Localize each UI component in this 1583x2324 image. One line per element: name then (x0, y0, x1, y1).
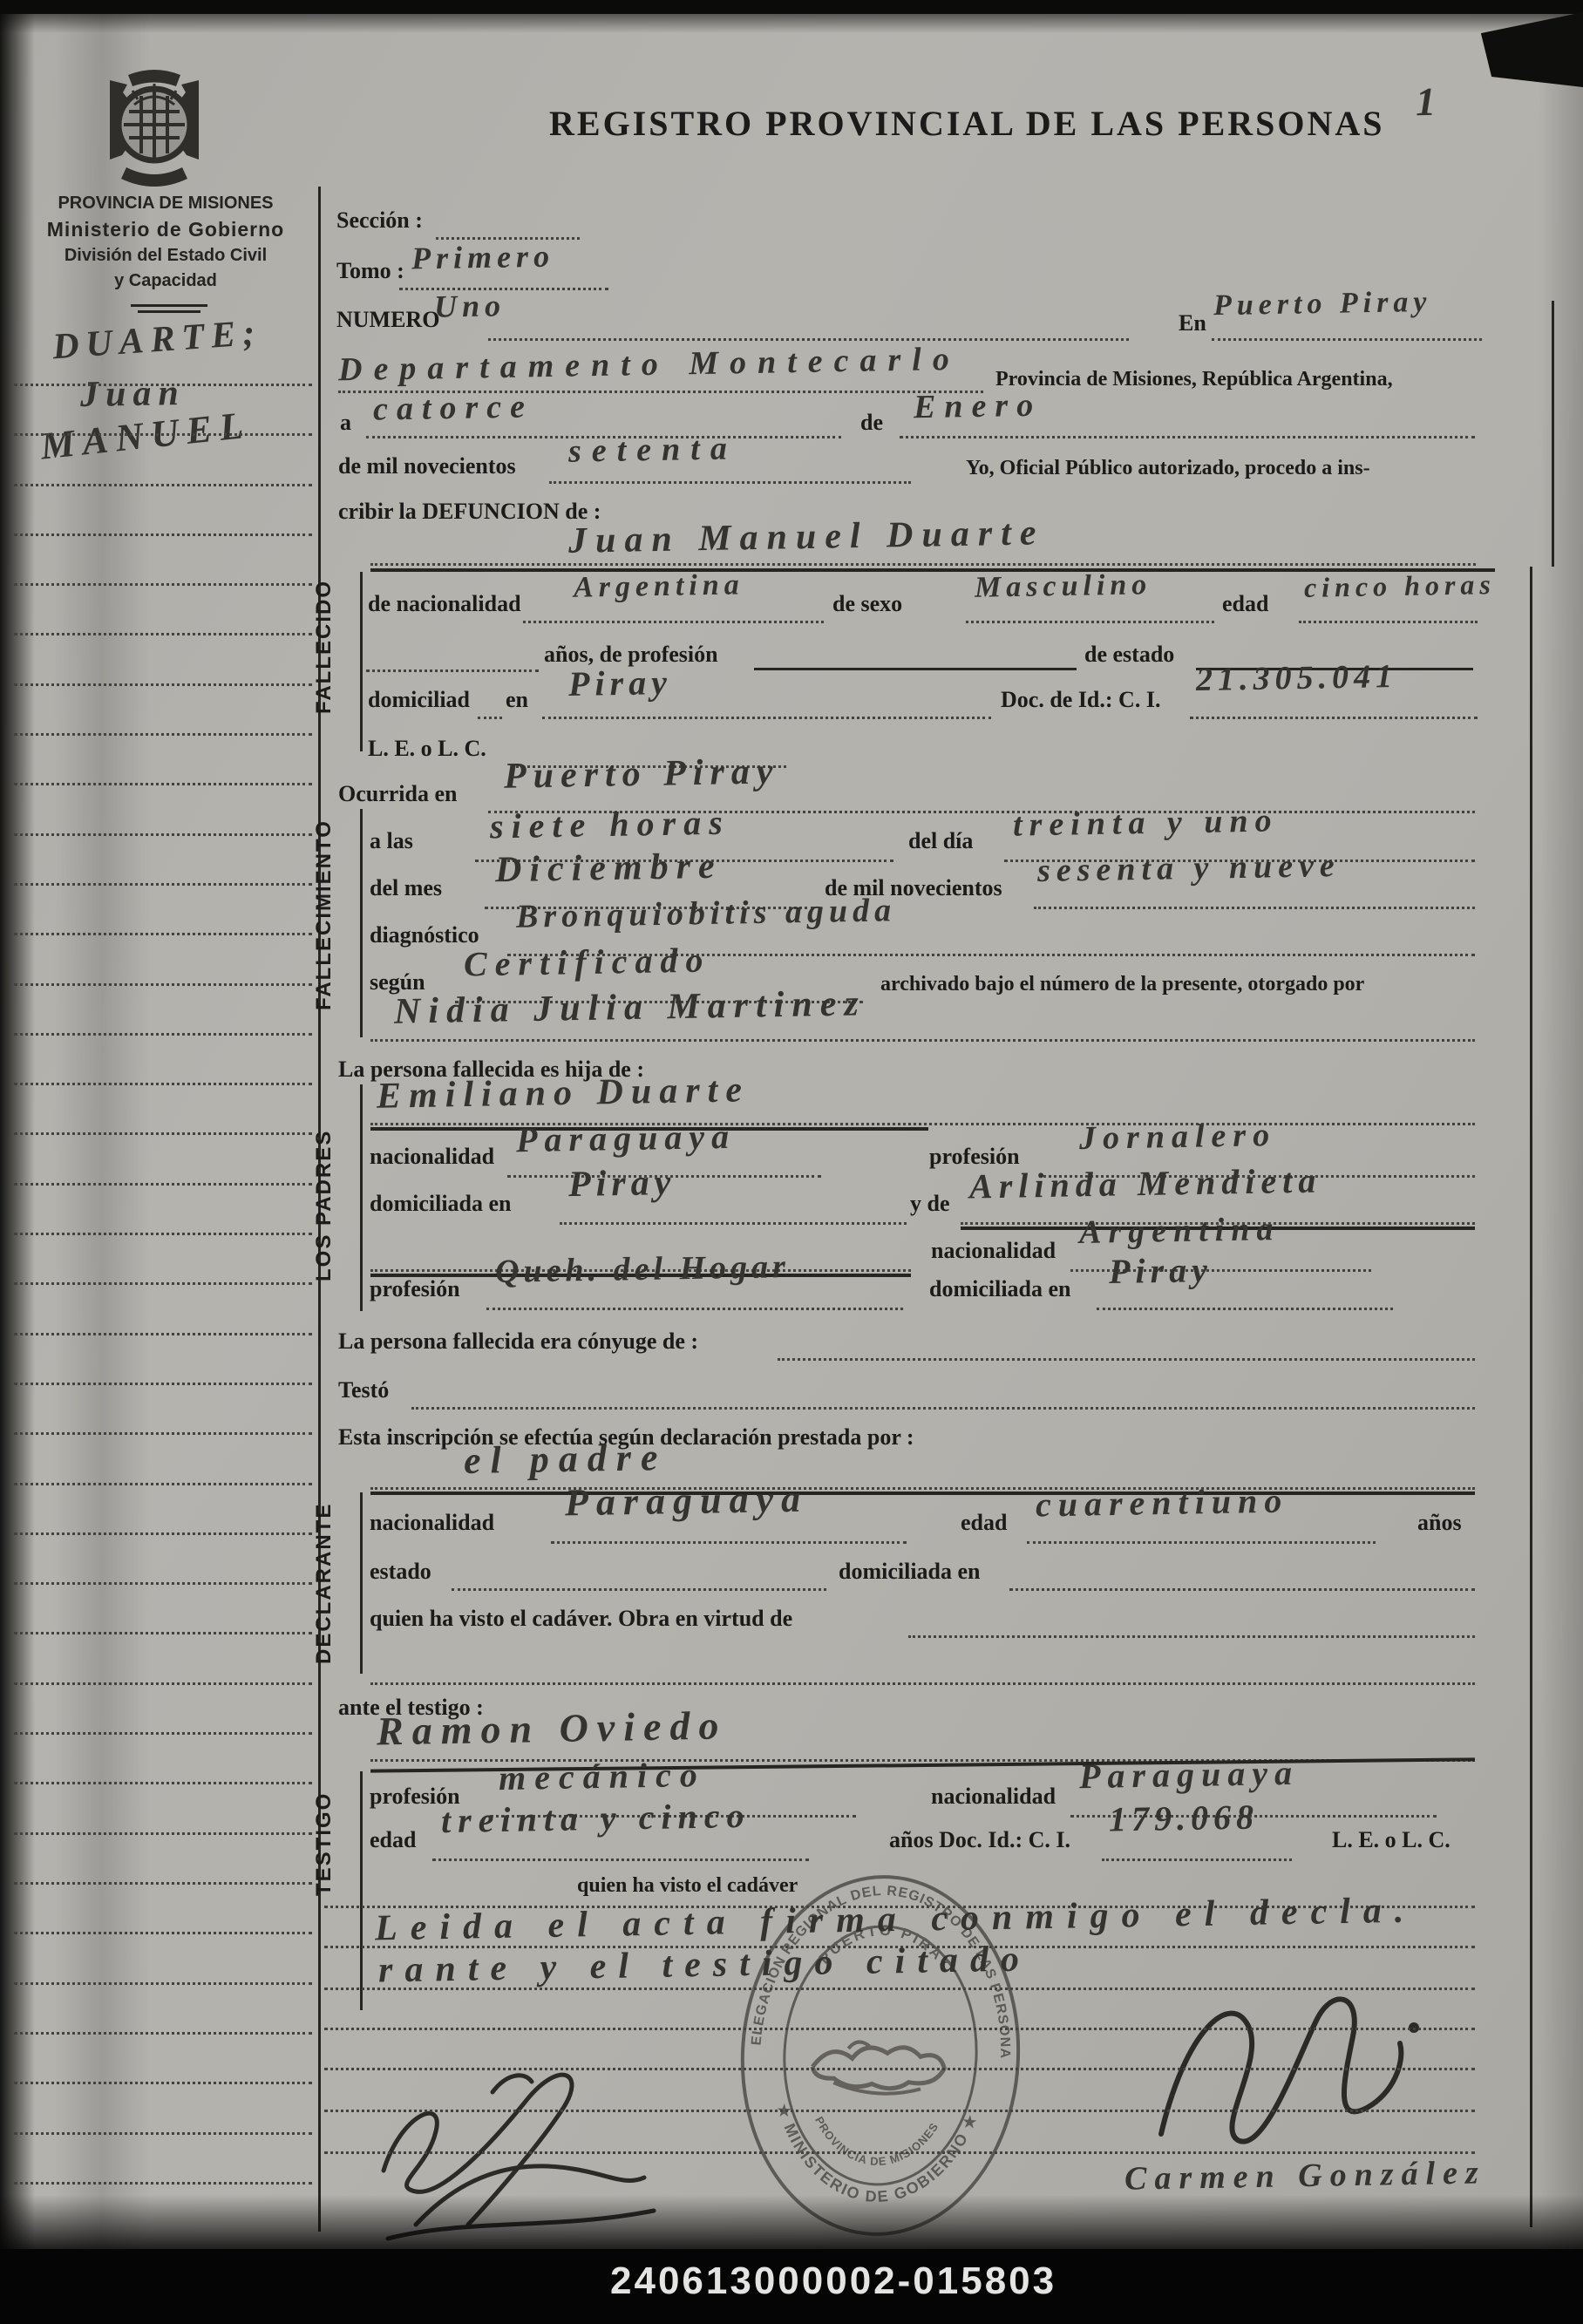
dia-fallecimiento-value: treinta y uno (1013, 801, 1279, 844)
declarante-nac-value: Paraguaya (565, 1477, 809, 1526)
archivado-line: archivado bajo el número de la presente,… (880, 973, 1364, 996)
blank-ruled-line (324, 2028, 1475, 2030)
margin-ruled-line (14, 2132, 312, 2135)
page-title: REGISTRO PROVINCIAL DE LAS PERSONAS (549, 103, 1385, 144)
margin-ruled-line (14, 1732, 312, 1735)
scan-bottom-shadow (0, 2195, 1583, 2249)
scanned-death-record-page: PROVINCIA DE MISIONES Ministerio de Gobi… (0, 0, 1583, 2324)
anio-value: setenta (568, 429, 738, 470)
fallecido-edad-label: edad (1222, 591, 1268, 617)
segun-value: Certificado (464, 940, 711, 985)
field-line (1009, 1588, 1475, 1591)
margin-ruled-line (14, 833, 312, 836)
section-label-testigo: TESTIGO (312, 1778, 336, 1909)
firma-nombre: Carmen González (1124, 2153, 1486, 2198)
field-line (1212, 338, 1482, 341)
margin-ruled-line (14, 583, 312, 586)
diagnostico-value: Bronquiobitis aguda (516, 891, 897, 936)
margin-ruled-line (14, 1932, 312, 1934)
sidebar-rule (138, 310, 200, 313)
declarante-estado-label: estado (370, 1559, 431, 1585)
testigo-nombre: Ramon Oviedo (377, 1702, 728, 1754)
declarante-edad-value: cuarentiuno (1036, 1479, 1289, 1525)
margin-ruled-line (14, 1982, 312, 1985)
declarant-signature (1133, 1975, 1425, 2171)
declarante-anos-label: años (1417, 1510, 1462, 1536)
defuncion-line: cribir la DEFUNCION de : (338, 499, 601, 525)
fallecido-doc-label: Doc. de Id.: C. I. (1001, 687, 1160, 713)
margin-ruled-line (14, 1083, 312, 1085)
field-line (370, 1487, 1475, 1490)
field-line (1027, 1541, 1376, 1544)
field-line (411, 1407, 1475, 1410)
otorgante-value: Nidia Julia Martinez (394, 982, 867, 1032)
tomo-label: Tomo : (336, 258, 404, 284)
page-number: 1 (1416, 78, 1437, 125)
mes-fallecimiento-value: Diciembre (495, 846, 723, 892)
field-line (560, 1222, 907, 1225)
blank-ruled-line (324, 2068, 1475, 2070)
field-line (1097, 1308, 1393, 1310)
de-label: de (860, 410, 883, 436)
scan-top-bar-fade (0, 14, 1583, 33)
field-line (366, 669, 539, 672)
dia-value: catorce (373, 387, 534, 428)
madre-value: Arlinda Mendieta (969, 1159, 1322, 1206)
field-line (486, 1308, 903, 1310)
field-line (1034, 907, 1475, 909)
oficial-line: Yo, Oficial Público autorizado, procedo … (966, 457, 1370, 480)
margin-ruled-line (14, 1882, 312, 1885)
madre-dom-value: Piray (1109, 1249, 1213, 1292)
sidebar-division-2: y Capacidad (26, 271, 305, 291)
seccion-label: Sección : (336, 207, 423, 234)
field-line (523, 621, 824, 623)
deldia-label: del día (908, 828, 973, 854)
padre-nac-label: nacionalidad (370, 1144, 494, 1170)
declarante-dom-label: domiciliada en (839, 1559, 981, 1585)
margin-ruled-line (14, 2082, 312, 2084)
sidebar-division-1: División del Estado Civil (26, 246, 305, 266)
delmes-label: del mes (370, 875, 442, 901)
margin-ruled-line (14, 1033, 312, 1036)
fallecido-nac-label: de nacionalidad (368, 591, 521, 617)
margin-ruled-line (14, 783, 312, 785)
margin-ruled-line (14, 683, 312, 686)
field-line (1102, 1859, 1292, 1861)
margin-ruled-line (14, 883, 312, 886)
margin-ruled-line (14, 533, 312, 536)
en-label: En (1179, 310, 1206, 336)
field-rule-heavy (370, 1492, 1475, 1495)
field-line (542, 717, 991, 719)
fallecido-edad-value: cinco horas (1304, 568, 1496, 604)
section-bracket (360, 809, 363, 1037)
margin-ruled-line (14, 1383, 312, 1385)
testigo-le-label: L. E. o L. C. (1332, 1827, 1451, 1853)
margin-ruled-line (14, 1832, 312, 1835)
field-line (908, 1635, 1475, 1638)
lugar-value: Puerto Piray (1213, 286, 1432, 323)
fallecido-doc-value: 21.305.041 (1196, 657, 1398, 699)
departamento-value: Departamento Montecarlo (338, 340, 961, 389)
declarante-quien-line: quien ha visto el cadáver. Obra en virtu… (370, 1606, 792, 1632)
field-line (1190, 717, 1478, 719)
padre-dom-value: Piray (568, 1162, 676, 1206)
margin-ruled-line (14, 633, 312, 635)
field-line (551, 1541, 907, 1544)
madre-nac-value: Argentina (1079, 1210, 1281, 1252)
conyuge-line: La persona fallecida era cónyuge de : (338, 1328, 698, 1355)
ocurrida-value: Puerto Piray (504, 751, 780, 798)
margin-ruled-line (14, 1233, 312, 1235)
mes-value: Enero (914, 386, 1043, 427)
fallecido-sexo-value: Masculino (975, 568, 1152, 605)
padre-value: Emiliano Duarte (377, 1069, 751, 1117)
margin-ruled-line (14, 1532, 312, 1535)
margin-ruled-line (14, 1582, 312, 1585)
fallecido-en-label: en (506, 687, 528, 713)
declarante-value: el padre (464, 1435, 668, 1483)
margin-ruled-line (14, 1183, 312, 1186)
fallecido-le-label: L. E. o L. C. (368, 736, 486, 762)
margin-ruled-line (14, 1782, 312, 1784)
section-label-fallecimiento: FALLECIMIENTO (312, 802, 336, 1029)
section-label-padres: LOS PADRES (312, 1105, 336, 1306)
a-label: a (340, 410, 351, 436)
testigo-prof-value: mecánico (499, 1754, 707, 1798)
testo-label: Testó (338, 1377, 389, 1403)
margin-given-name-1: Juan (80, 372, 187, 416)
padre-nac-value: Paraguaya (516, 1116, 737, 1160)
tomo-value: Primero (411, 238, 555, 277)
sidebar-province: PROVINCIA DE MISIONES (26, 194, 305, 214)
field-line (549, 481, 911, 484)
provincial-emblem (101, 70, 207, 188)
margin-ruled-line (14, 983, 312, 986)
sidebar-ministry: Ministerio de Gobierno (26, 218, 305, 241)
section-label-declarante: DECLARANTE (312, 1487, 336, 1679)
scan-footer-code: 240613000002-015803 (610, 2259, 1056, 2303)
margin-ruled-line (14, 2182, 312, 2185)
margin-ruled-line (14, 433, 312, 436)
scan-right-shadow (1539, 0, 1583, 2324)
provincia-line: Provincia de Misiones, República Argenti… (995, 368, 1393, 391)
novecientos-label: de mil novecientos (338, 453, 516, 479)
field-line (478, 717, 502, 719)
margin-ruled-line (14, 1132, 312, 1135)
fallecido-dom-label: domiciliad (368, 687, 470, 713)
testigo-nac-value: Paraguaya (1079, 1752, 1300, 1797)
margin-ruled-line (14, 1682, 312, 1685)
madre-prof-label: profesión (370, 1276, 460, 1302)
madre-dom-label: domiciliada en (929, 1276, 1071, 1302)
field-line (370, 1039, 1475, 1042)
field-line (778, 1358, 1475, 1361)
page-edge-line (1530, 567, 1532, 2227)
margin-ruled-line (14, 2032, 312, 2035)
sidebar-rule (131, 304, 207, 307)
madre-nac-label: nacionalidad (931, 1238, 1056, 1264)
svg-text:PROVINCIA DE MISIONES: PROVINCIA DE MISIONES (810, 2114, 941, 2171)
nombre-fallecido: Juan Manuel Duarte (568, 512, 1045, 562)
page-edge-line (1552, 301, 1554, 567)
scan-left-shadow (0, 0, 35, 2324)
field-line (488, 338, 1129, 341)
testigo-doc-label: años Doc. Id.: C. I. (889, 1827, 1070, 1853)
fallecido-sexo-label: de sexo (832, 591, 902, 617)
declarante-nac-label: nacionalidad (370, 1510, 494, 1536)
field-line (900, 436, 1475, 438)
anio-fallecimiento-value: sesenta y nueve (1037, 846, 1341, 890)
declarante-edad-label: edad (961, 1510, 1007, 1536)
fallecido-estado-label: de estado (1084, 642, 1174, 668)
section-bracket (360, 1771, 363, 2010)
scan-top-bar (0, 0, 1583, 14)
margin-ruled-line (14, 484, 312, 486)
testigo-edad-label: edad (370, 1827, 416, 1853)
field-line (370, 1682, 1475, 1685)
margin-ruled-line (14, 1432, 312, 1435)
hora-value: siete horas (490, 802, 730, 847)
margin-ruled-line (14, 933, 312, 935)
fallecido-dom-value: Piray (568, 662, 673, 704)
testigo-nac-label: nacionalidad (931, 1784, 1056, 1810)
madre-prof-value: Queh. del Hogar (495, 1247, 791, 1291)
section-bracket (360, 1492, 363, 1674)
margin-ruled-line (14, 1483, 312, 1485)
margin-ruled-line (14, 1282, 312, 1285)
blank-ruled-line (324, 2151, 1475, 2154)
numero-label: NUMERO (336, 307, 439, 333)
testigo-doc-value: 179.068 (1109, 1797, 1260, 1840)
ocurrida-label: Ocurrida en (338, 781, 458, 807)
field-line (1299, 621, 1478, 623)
numero-value: Uno (434, 287, 506, 324)
blank-ruled-line (324, 2110, 1475, 2112)
margin-ruled-line (14, 1333, 312, 1335)
margin-ruled-line (14, 384, 312, 386)
field-rule (754, 668, 1077, 670)
fallecido-nac-value: Argentina (574, 568, 744, 604)
field-line (370, 563, 1476, 566)
padre-dom-label: domiciliada en (370, 1191, 512, 1217)
section-bracket (360, 1084, 363, 1311)
field-line (966, 621, 1214, 623)
stamp-inner-bottom-text: PROVINCIA DE MISIONES (810, 2114, 941, 2171)
field-line (452, 1588, 826, 1591)
margin-ruled-line (14, 733, 312, 736)
section-label-fallecido: FALLECIDO (312, 577, 336, 717)
padre-prof-value: Jornalero (1079, 1116, 1277, 1158)
section-bracket (360, 572, 363, 751)
yde-label: y de (910, 1191, 950, 1217)
testigo-edad-value: treinta y cinco (441, 1795, 751, 1841)
alas-label: a las (370, 828, 413, 854)
margin-ruled-line (14, 1632, 312, 1634)
